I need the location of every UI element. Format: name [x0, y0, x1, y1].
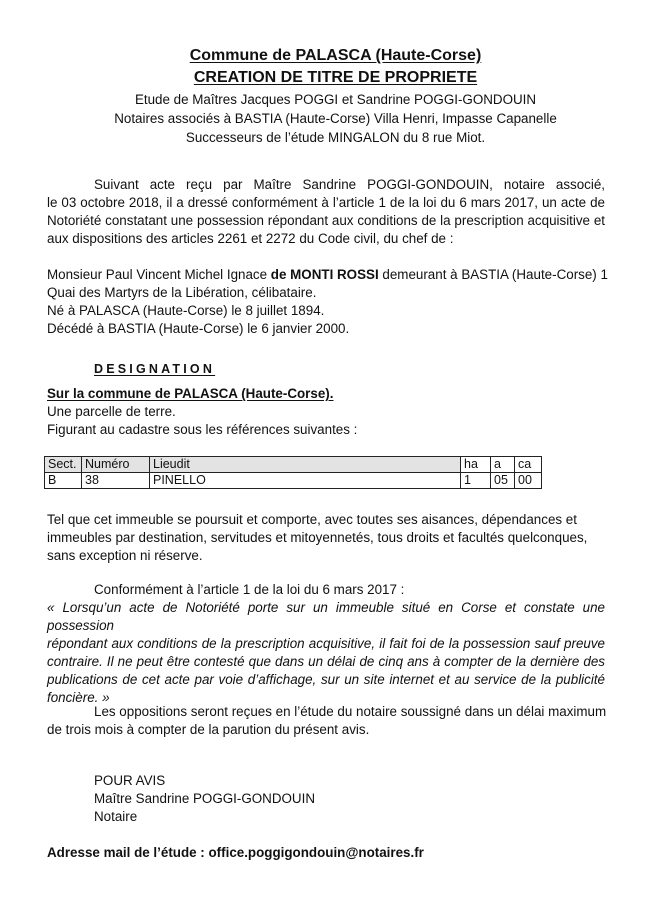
cell-a: 05 — [491, 473, 515, 489]
law-intro: Conformément à l’article 1 de la loi du … — [47, 581, 605, 599]
document-title-commune: Commune de PALASCA (Haute-Corse) — [0, 45, 671, 66]
law-quote-line: répondant aux conditions de la prescript… — [47, 635, 605, 653]
intro-line: aux dispositions des articles 2261 et 22… — [47, 230, 605, 248]
signature-role: Notaire — [94, 808, 315, 826]
header-notaires: Notaires associés à BASTIA (Haute-Corse)… — [0, 109, 671, 128]
oppositions-line: Les oppositions seront reçues en l’étude… — [47, 703, 605, 721]
description-line: sans exception ni réserve. — [47, 547, 605, 565]
document-title-creation: CREATION DE TITRE DE PROPRIETE — [0, 67, 671, 88]
intro-line: Notoriété constatant une possession répo… — [47, 212, 605, 230]
header-cell-numero: Numéro — [82, 457, 150, 473]
person-birth: Né à PALASCA (Haute-Corse) le 8 juillet … — [47, 302, 605, 320]
cadastre-table: Sect. Numéro Lieudit ha a ca B 38 PINELL… — [44, 456, 542, 489]
contact-email[interactable]: office.poggigondouin@notaires.fr — [209, 845, 424, 860]
header-cell-ha: ha — [461, 457, 491, 473]
description-line: Tel que cet immeuble se poursuit et comp… — [47, 511, 605, 529]
person-details: Monsieur Paul Vincent Michel Ignace de M… — [47, 266, 605, 338]
person-name-line: Monsieur Paul Vincent Michel Ignace de M… — [47, 266, 605, 284]
law-quote-line: contraire. Il ne peut être contesté que … — [47, 653, 605, 671]
header-cell-ca: ca — [515, 457, 542, 473]
table-row: B 38 PINELLO 1 05 00 — [45, 473, 542, 489]
person-address: Quai des Martyrs de la Libération, célib… — [47, 284, 605, 302]
description-line: immeubles par destination, servitudes et… — [47, 529, 605, 547]
designation-parcel: Une parcelle de terre. — [47, 403, 176, 421]
intro-paragraph: Suivant acte reçu par Maître Sandrine PO… — [47, 176, 605, 248]
designation-cadastre-intro: Figurant au cadastre sous les références… — [47, 421, 357, 439]
intro-line: le 03 octobre 2018, il a dressé conformé… — [47, 194, 605, 212]
cell-numero: 38 — [82, 473, 150, 489]
contact-line: Adresse mail de l’étude : office.poggigo… — [47, 844, 424, 862]
cadastre-header-row: Sect. Numéro Lieudit ha a ca — [45, 457, 542, 473]
law-quote-line: publications de cet acte par voie d’affi… — [47, 671, 605, 689]
header-cell-a: a — [491, 457, 515, 473]
contact-label: Adresse mail de l’étude : — [47, 845, 209, 860]
oppositions-line: de trois mois à compter de la parution d… — [47, 721, 605, 739]
signature-block: POUR AVIS Maître Sandrine POGGI-GONDOUIN… — [94, 772, 315, 826]
intro-line: Suivant acte reçu par Maître Sandrine PO… — [47, 176, 605, 194]
cell-lieudit: PINELLO — [150, 473, 461, 489]
person-surname: de MONTI ROSSI — [271, 267, 379, 282]
designation-commune: Sur la commune de PALASCA (Haute-Corse). — [47, 385, 333, 403]
description-paragraph: Tel que cet immeuble se poursuit et comp… — [47, 511, 605, 565]
header-cell-lieudit: Lieudit — [150, 457, 461, 473]
header-successeurs: Successeurs de l’étude MINGALON du 8 rue… — [0, 128, 671, 147]
law-paragraph: Conformément à l’article 1 de la loi du … — [47, 581, 605, 707]
designation-heading: DESIGNATION — [94, 360, 215, 378]
signature-name: Maître Sandrine POGGI-GONDOUIN — [94, 790, 315, 808]
signature-pour-avis: POUR AVIS — [94, 772, 315, 790]
person-death: Décédé à BASTIA (Haute-Corse) le 6 janvi… — [47, 320, 605, 338]
oppositions-paragraph: Les oppositions seront reçues en l’étude… — [47, 703, 605, 739]
header-cell-sect: Sect. — [45, 457, 82, 473]
cell-ha: 1 — [461, 473, 491, 489]
law-quote-line: « Lorsqu’un acte de Notoriété porte sur … — [47, 599, 605, 635]
legal-notice-document: Commune de PALASCA (Haute-Corse) CREATIO… — [0, 0, 671, 901]
cell-ca: 00 — [515, 473, 542, 489]
header-etude: Etude de Maîtres Jacques POGGI et Sandri… — [0, 90, 671, 109]
cell-sect: B — [45, 473, 82, 489]
